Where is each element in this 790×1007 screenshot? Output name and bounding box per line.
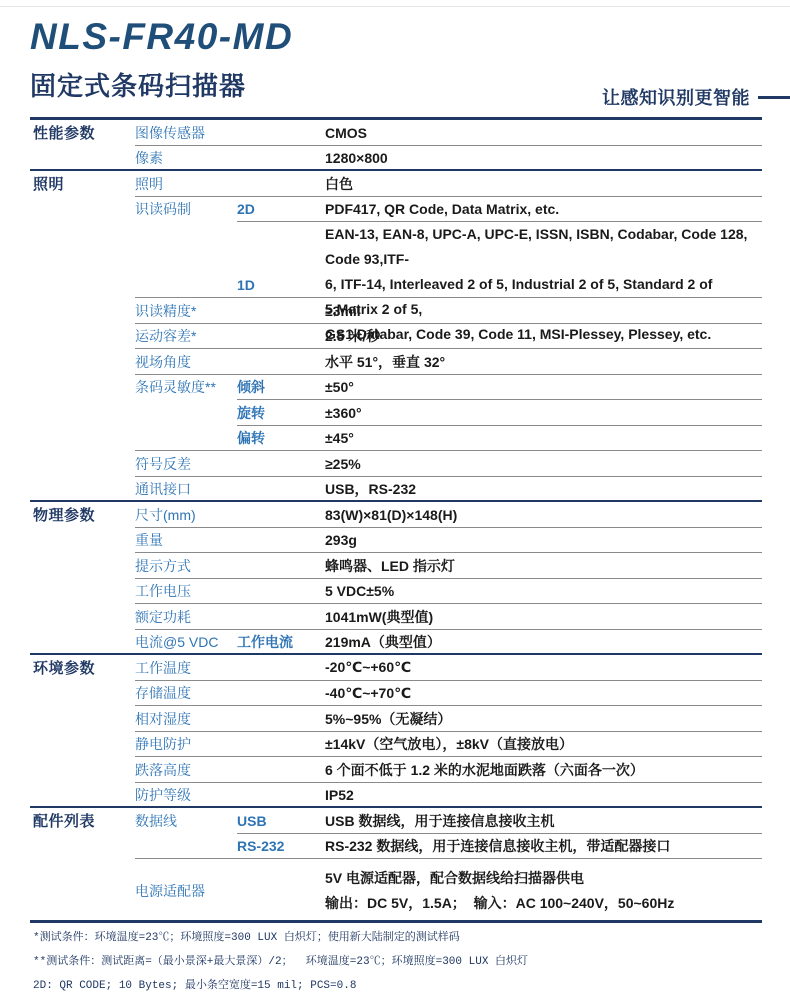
value-cell: ±14kV（空气放电），±8kV（直接放电） bbox=[325, 734, 762, 754]
table-row: 条码灵敏度** 倾斜 ±50° bbox=[30, 375, 762, 401]
table-row: 通讯接口 USB，RS-232 bbox=[30, 477, 762, 503]
value-cell: ≥25% bbox=[325, 456, 762, 472]
value-cell: 1280×800 bbox=[325, 150, 762, 166]
label-cell: 识读码制 bbox=[135, 199, 237, 219]
value-cell: 1041mW(典型值) bbox=[325, 607, 762, 627]
table-row: 环境参数 工作温度 -20℃~+60℃ bbox=[30, 655, 762, 681]
table-row: 额定功耗 1041mW(典型值) bbox=[30, 604, 762, 630]
label-cell: 数据线 bbox=[135, 811, 237, 831]
top-divider bbox=[0, 6, 790, 7]
datasheet-page: NLS-FR40-MD 固定式条码扫描器 让感知识别更智能 性能参数 图像传感器… bbox=[0, 0, 790, 1007]
label-cell: 尺寸(mm) bbox=[135, 505, 237, 525]
sublabel-cell: 偏转 bbox=[237, 428, 325, 448]
value-cell: IP52 bbox=[325, 787, 762, 803]
label-cell: 符号反差 bbox=[135, 454, 237, 474]
table-row: 配件列表 数据线 USB USB 数据线，用于连接信息接收主机 bbox=[30, 808, 762, 834]
value-cell: RS-232 数据线，用于连接信息接收主机，带适配器接口 bbox=[325, 836, 762, 856]
value-cell: ±45° bbox=[325, 430, 762, 446]
table-row: 性能参数 图像传感器 CMOS bbox=[30, 120, 762, 146]
value-cell: -40℃~+70℃ bbox=[325, 685, 762, 702]
value-cell: 293g bbox=[325, 532, 762, 548]
value-cell: PDF417, QR Code, Data Matrix, etc. bbox=[325, 201, 762, 217]
table-row: 存储温度 -40℃~+70℃ bbox=[30, 681, 762, 707]
label-cell: 静电防护 bbox=[135, 734, 237, 754]
section-cell: 物理参数 bbox=[30, 504, 135, 525]
section-cell: 照明 bbox=[30, 173, 135, 194]
label-cell: 运动容差* bbox=[135, 326, 237, 346]
table-row: 旋转 ±360° bbox=[30, 400, 762, 426]
label-cell: 电源适配器 bbox=[135, 881, 237, 901]
footnote-3: 2D: QR CODE; 10 Bytes; 最小条空宽度=15 mil; PC… bbox=[33, 974, 528, 998]
label-cell: 电流@5 VDC bbox=[135, 632, 237, 652]
table-row: 符号反差 ≥25% bbox=[30, 451, 762, 477]
table-row: 照明 照明 白色 bbox=[30, 171, 762, 197]
value-cell: 5%~95%（无凝结） bbox=[325, 709, 762, 729]
table-row: 电源适配器 5V 电源适配器，配合数据线给扫描器供电输出：DC 5V，1.5A；… bbox=[30, 859, 762, 923]
value-cell: 6 个面不低于 1.2 米的水泥地面跌落（六面各一次） bbox=[325, 760, 762, 780]
label-cell: 提示方式 bbox=[135, 556, 237, 576]
sublabel-cell: 倾斜 bbox=[237, 377, 325, 397]
table-row: 电流@5 VDC 工作电流 219mA（典型值） bbox=[30, 630, 762, 656]
sublabel-cell: 2D bbox=[237, 201, 325, 217]
spec-table: 性能参数 图像传感器 CMOS 像素 1280×800 照明 照明 白色 识读码… bbox=[30, 117, 762, 923]
table-row: 识读码制 2D PDF417, QR Code, Data Matrix, et… bbox=[30, 197, 762, 223]
value-cell: 水平 51°，垂直 32° bbox=[325, 352, 762, 372]
value-cell: 219mA（典型值） bbox=[325, 632, 762, 652]
value-cell: USB，RS-232 bbox=[325, 479, 762, 499]
tagline-dash-line bbox=[758, 96, 790, 99]
table-row: 像素 1280×800 bbox=[30, 146, 762, 172]
value-cell: 2.5 米/秒 bbox=[325, 326, 762, 346]
value-cell: 白色 bbox=[325, 174, 762, 194]
label-cell: 工作温度 bbox=[135, 658, 237, 678]
value-cell: USB 数据线，用于连接信息接收主机 bbox=[325, 811, 762, 831]
value-cell: -20℃~+60℃ bbox=[325, 659, 762, 676]
label-cell: 重量 bbox=[135, 530, 237, 550]
value-cell: ≥3mil bbox=[325, 303, 762, 319]
table-row: 跌落高度 6 个面不低于 1.2 米的水泥地面跌落（六面各一次） bbox=[30, 757, 762, 783]
table-row: 重量 293g bbox=[30, 528, 762, 554]
table-row: 工作电压 5 VDC±5% bbox=[30, 579, 762, 605]
section-cell: 环境参数 bbox=[30, 657, 135, 678]
product-title: 固定式条码扫描器 bbox=[30, 66, 246, 103]
table-row: 识读精度* ≥3mil bbox=[30, 298, 762, 324]
sublabel-cell: 工作电流 bbox=[237, 632, 325, 652]
table-row: 相对湿度 5%~95%（无凝结） bbox=[30, 706, 762, 732]
label-cell: 存储温度 bbox=[135, 683, 237, 703]
section-cell: 性能参数 bbox=[30, 122, 135, 143]
label-cell: 图像传感器 bbox=[135, 123, 237, 143]
table-row: 运动容差* 2.5 米/秒 bbox=[30, 324, 762, 350]
model-name: NLS-FR40-MD bbox=[30, 16, 293, 58]
sublabel-cell: 1D bbox=[237, 277, 325, 293]
sublabel-cell: 旋转 bbox=[237, 403, 325, 423]
section-cell: 配件列表 bbox=[30, 810, 135, 831]
footnotes: *测试条件：环境温度=23℃；环境照度=300 LUX 白炽灯；使用新大陆制定的… bbox=[33, 926, 528, 998]
table-row: 防护等级 IP52 bbox=[30, 783, 762, 809]
label-cell: 照明 bbox=[135, 174, 237, 194]
label-cell: 工作电压 bbox=[135, 581, 237, 601]
tagline-text: 让感知识别更智能 bbox=[602, 84, 750, 110]
label-cell: 额定功耗 bbox=[135, 607, 237, 627]
table-row: 提示方式 蜂鸣器、LED 指示灯 bbox=[30, 553, 762, 579]
sublabel-cell: USB bbox=[237, 813, 325, 829]
value-cell: 5 VDC±5% bbox=[325, 583, 762, 599]
label-cell: 跌落高度 bbox=[135, 760, 237, 780]
value-cell: 蜂鸣器、LED 指示灯 bbox=[325, 556, 762, 576]
label-cell: 通讯接口 bbox=[135, 479, 237, 499]
sublabel-cell: RS-232 bbox=[237, 838, 325, 854]
row-divider bbox=[30, 920, 762, 923]
table-row: 1D EAN-13, EAN-8, UPC-A, UPC-E, ISSN, IS… bbox=[30, 222, 762, 298]
label-cell: 视场角度 bbox=[135, 352, 237, 372]
value-cell: 5V 电源适配器，配合数据线给扫描器供电输出：DC 5V，1.5A； 输入：AC… bbox=[325, 866, 762, 916]
value-cell: CMOS bbox=[325, 125, 762, 141]
label-cell: 防护等级 bbox=[135, 785, 237, 805]
table-row: 物理参数 尺寸(mm) 83(W)×81(D)×148(H) bbox=[30, 502, 762, 528]
brand-tagline: 让感知识别更智能 bbox=[602, 84, 790, 110]
table-row: RS-232 RS-232 数据线，用于连接信息接收主机，带适配器接口 bbox=[30, 834, 762, 860]
label-cell: 条码灵敏度** bbox=[135, 377, 237, 397]
footnote-1: *测试条件：环境温度=23℃；环境照度=300 LUX 白炽灯；使用新大陆制定的… bbox=[33, 926, 528, 950]
label-cell: 相对湿度 bbox=[135, 709, 237, 729]
footnote-2: **测试条件：测试距离=（最小景深+最大景深）/2； 环境温度=23℃；环境照度… bbox=[33, 950, 528, 974]
label-cell: 像素 bbox=[135, 148, 237, 168]
label-cell: 识读精度* bbox=[135, 301, 237, 321]
value-cell: ±360° bbox=[325, 405, 762, 421]
value-cell: ±50° bbox=[325, 379, 762, 395]
value-cell: 83(W)×81(D)×148(H) bbox=[325, 507, 762, 523]
table-row: 视场角度 水平 51°，垂直 32° bbox=[30, 349, 762, 375]
table-row: 偏转 ±45° bbox=[30, 426, 762, 452]
table-row: 静电防护 ±14kV（空气放电），±8kV（直接放电） bbox=[30, 732, 762, 758]
